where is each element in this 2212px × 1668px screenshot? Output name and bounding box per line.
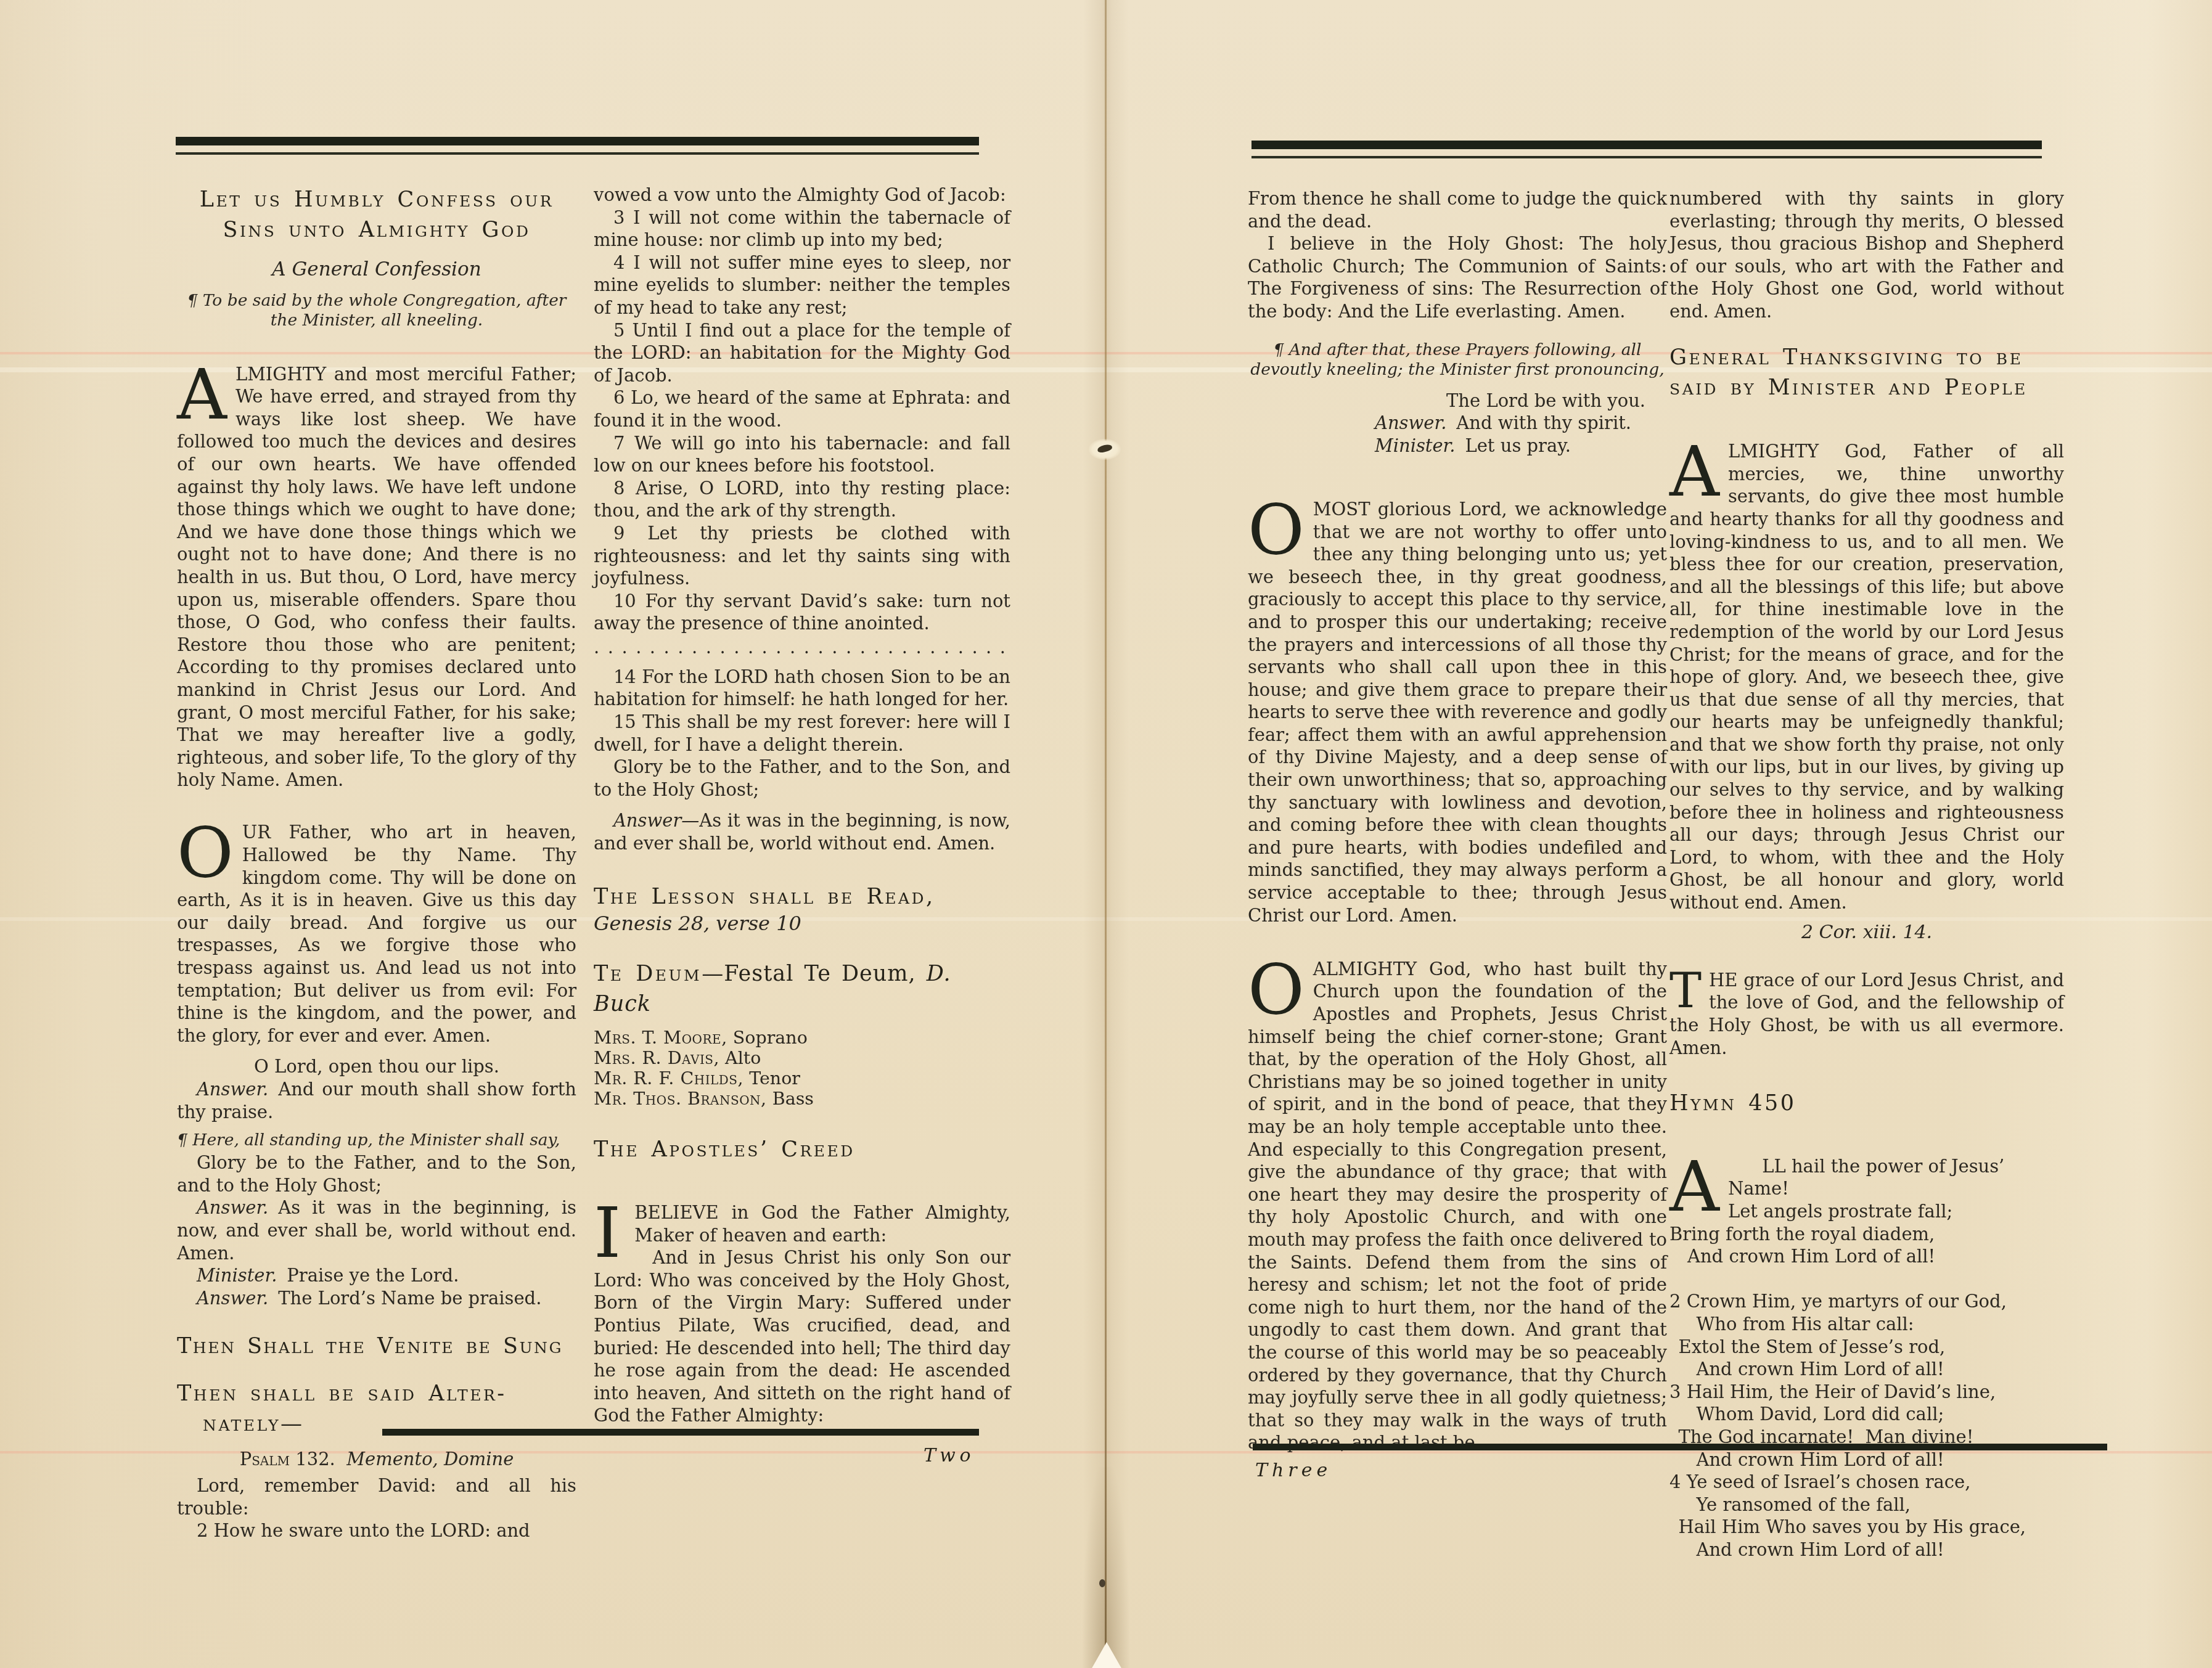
gutter-bottom-shadow	[1083, 1467, 1129, 1668]
prayer-almighty-built: OALMIGHTY God, who hast built thy Church…	[1248, 935, 1667, 1454]
soloist-row: Mr. Thos. Branson, Bass	[594, 1089, 1010, 1110]
dropcap-I: I	[594, 1201, 634, 1261]
subtitle-general-confession: A General Confession	[177, 258, 576, 281]
heading-confess: Let us Humbly Confess our Sins unto Almi…	[177, 185, 576, 245]
speaker-label: Answer.	[197, 1288, 268, 1309]
soloist-row: Mr. R. F. Childs, Tenor	[594, 1069, 1010, 1089]
answer-praised: Answer.The Lord’s Name be praised.	[177, 1287, 576, 1310]
heading-apostles-creed: The Apostles’ Creed	[594, 1135, 1010, 1165]
psalm-verse-5: 5 Until I find out a place for the templ…	[594, 319, 1010, 387]
soloist-voice: Bass	[772, 1089, 814, 1109]
soloist-voice: Alto	[725, 1048, 761, 1068]
psalm-verse-8: 8 Arise, O LORD, into thy resting place:…	[594, 477, 1010, 522]
center-fold-crease	[1105, 0, 1107, 1668]
speaker-label: Answer.	[197, 1079, 268, 1100]
heading-hymn-450: Hymn 450	[1669, 1089, 2064, 1119]
binding-stitch	[1099, 1579, 1105, 1587]
soloist-name: Mr. Thos. Branson,	[594, 1089, 767, 1109]
psalm-verse-6: 6 Lo, we heard of the same at Ephrata: a…	[594, 386, 1010, 431]
psalm-verse-3: 3 I will not come within the tabernacle …	[594, 206, 1010, 251]
lesson-reference: Genesis 28, verse 10	[594, 912, 1010, 935]
binding-stitch	[1089, 439, 1121, 460]
soloist-row: Mrs. R. Davis, Alto	[594, 1049, 1010, 1069]
response-mouth: Answer.And our mouth shall show forth th…	[177, 1078, 576, 1123]
soloist-voice: Tenor	[749, 1068, 800, 1089]
psalm-verse-1: Lord, remember David: and all his troubl…	[177, 1474, 576, 1519]
creed-holy-ghost: I believe in the Holy Ghost: The holy Ca…	[1248, 232, 1667, 322]
prayer-general-thanksgiving: ALMIGHTY God, Father of all mercies, we,…	[1669, 418, 2064, 914]
gloria-patri-1: Glory be to the Father, and to the Son, …	[177, 1151, 576, 1196]
soloist-name: Mrs. R. Davis,	[594, 1048, 719, 1068]
prayer-lords-prayer: OUR Father, who art in heaven, Hallowed …	[177, 799, 576, 1047]
response-beginning: Answer.As it was in the beginning, is no…	[177, 1196, 576, 1264]
page-number-two: Two	[924, 1445, 975, 1466]
hymn-verse-2: 2 Crown Him, ye martyrs of our God, Who …	[1669, 1290, 2064, 1380]
page-two-bottom-rule	[382, 1429, 979, 1436]
page-number-three: Three	[1255, 1460, 1332, 1481]
psalm-verse-4: 4 I will not suffer mine eyes to sleep, …	[594, 251, 1010, 319]
page-three-column-1: From thence he shall come to judge the q…	[1248, 187, 1667, 1454]
psalm-verse-10: 10 For thy servant David’s sake: turn no…	[594, 590, 1010, 635]
speaker-label: Answer.	[1375, 412, 1446, 433]
rule-thick	[176, 137, 979, 145]
psalm-latin-name: Memento, Domine	[346, 1449, 514, 1470]
dropcap-T: T	[1669, 969, 1709, 1010]
page-three-column-2: numbered with thy saints in glory everla…	[1669, 187, 2064, 1561]
fold-bottom-notch	[1091, 1642, 1122, 1668]
psalm-verse-9: 9 Let thy priests be clothed with righte…	[594, 522, 1010, 590]
rubric-prayers-following: ¶ And after that, these Prayers followin…	[1248, 340, 1667, 380]
rubric-congregation: ¶ To be said by the whole Congregation, …	[177, 291, 576, 330]
prayer-the-grace: THE grace of our Lord Jesus Christ, and …	[1669, 946, 2064, 1059]
dropcap-A: A	[1669, 1155, 1728, 1214]
hymn-verse-3: 3 Hail Him, the Heir of David’s line, Wh…	[1669, 1381, 2064, 1471]
creed-continued: From thence he shall come to judge the q…	[1248, 187, 1667, 232]
soloist-voice: Soprano	[733, 1028, 808, 1048]
versicle-lord-with-you: The Lord be with you.	[1446, 390, 1667, 412]
page-three-bottom-rule	[1253, 1444, 2107, 1450]
rule-thin	[176, 152, 979, 155]
prayer-most-glorious: OMOST glorious Lord, we acknowledge that…	[1248, 475, 1667, 926]
heading-lesson: The Lesson shall be Read,	[594, 882, 1010, 912]
scripture-citation: 2 Cor. xiii. 14.	[1669, 922, 2064, 944]
page-two-top-rule	[176, 137, 979, 155]
page-three-top-rule	[1251, 141, 2042, 158]
minister-praise: Minister.Praise ye the Lord.	[177, 1264, 576, 1287]
speaker-label: Answer—	[613, 810, 699, 831]
soloist-name: Mrs. T. Moore,	[594, 1028, 727, 1048]
minister-pray: Minister.Let us pray.	[1375, 435, 1667, 457]
page-two-column-2: vowed a vow unto the Almighty God of Jac…	[594, 184, 1010, 1427]
rule-thin	[1251, 156, 2042, 158]
versicle-o-lord: O Lord, open thou our lips.	[177, 1055, 576, 1078]
prayer-general-confession: ALMIGHTY and most merciful Father; We ha…	[177, 340, 576, 791]
hymn-verse-1: ALL hail the power of Jesus’ Name! Let a…	[1669, 1132, 2064, 1290]
speaker-label: Minister.	[197, 1265, 277, 1286]
gloria-patri-2: Glory be to the Father, and to the Son, …	[594, 756, 1010, 801]
hymn-verse-4: 4 Ye seed of Israel’s chosen race, Ye ra…	[1669, 1471, 2064, 1561]
apostles-creed-text: IBELIEVE in God the Father Almighty, Mak…	[594, 1179, 1010, 1427]
dropcap-O: O	[1248, 498, 1313, 557]
dropcap-O: O	[177, 821, 242, 880]
soloist-name: Mr. R. F. Childs,	[594, 1068, 743, 1089]
rubric-standing: ¶ Here, all standing up, the Minister sh…	[177, 1130, 576, 1150]
answer-spirit: Answer.And with thy spirit.	[1375, 412, 1667, 435]
response-beginning-2: Answer—As it was in the beginning, is no…	[594, 809, 1010, 854]
soloist-list: Mrs. T. Moore, Soprano Mrs. R. Davis, Al…	[594, 1028, 1010, 1109]
prayer-numbered-saints: numbered with thy saints in glory everla…	[1669, 187, 2064, 323]
dropcap-A: A	[1669, 440, 1728, 499]
te-deum-title: Te Deum	[594, 962, 702, 986]
speaker-label: Minister.	[1375, 435, 1456, 456]
psalm-number: Psalm 132.	[240, 1449, 335, 1470]
heading-general-thanksgiving: General Thanksgiving to be said by Minis…	[1669, 343, 2064, 403]
heading-venite: Then Shall the Venite be Sung	[177, 1331, 576, 1362]
soloist-row: Mrs. T. Moore, Soprano	[594, 1028, 1010, 1049]
psalm-verse-15: 15 This shall be my rest forever: here w…	[594, 711, 1010, 756]
psalm-verse-14: 14 For the LORD hath chosen Sion to be a…	[594, 666, 1010, 711]
psalm-title: Psalm 132. Memento, Domine	[177, 1448, 576, 1471]
scanned-service-program: { "colors": { "paper": "#ecdfc2", "ink":…	[0, 0, 2212, 1668]
dropcap-A: A	[177, 363, 236, 422]
speaker-label: Answer.	[197, 1197, 268, 1218]
rule-thick	[1251, 141, 2042, 149]
psalm-verse-2-cont: vowed a vow unto the Almighty God of Jac…	[594, 184, 1010, 206]
page-two-column-1: Let us Humbly Confess our Sins unto Almi…	[177, 185, 576, 1542]
psalm-verse-2-start: 2 How he sware unto the LORD: and	[177, 1519, 576, 1542]
psalm-verse-7: 7 We will go into his tabernacle: and fa…	[594, 432, 1010, 477]
omission-dots: ........................................…	[594, 635, 1010, 660]
heading-te-deum: Te Deum—Festal Te Deum, D. Buck	[594, 959, 1010, 1020]
dropcap-O: O	[1248, 958, 1313, 1017]
